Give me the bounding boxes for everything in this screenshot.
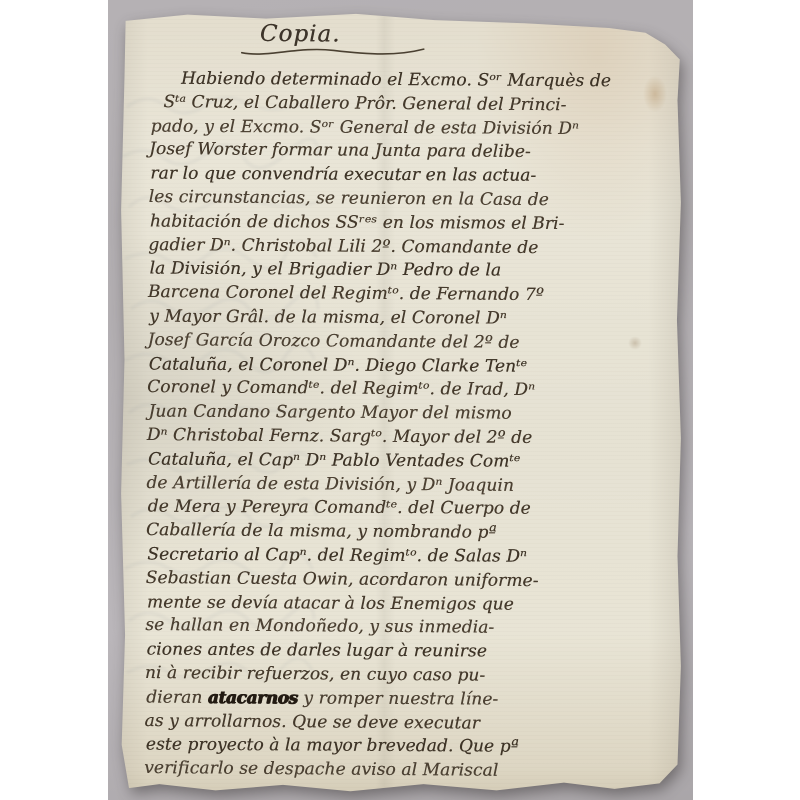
manuscript-line: de Mera y Pereyra Comandᵗᵉ. del Cuerpo d… bbox=[148, 496, 664, 523]
page: Copia. Habiendo determinado el Excmo. Sᵒ… bbox=[0, 0, 800, 800]
manuscript-line: Josef García Orozco Comandante del 2º de bbox=[147, 329, 663, 357]
manuscript-line: Habiendo determinado el Excmo. Sᵒʳ Marqu… bbox=[181, 68, 667, 95]
manuscript-line: mente se devía atacar à los Enemigos que bbox=[147, 591, 663, 618]
manuscript-line: Cataluña, el Capⁿ Dⁿ Pablo Ventades Comᵗ… bbox=[148, 448, 664, 475]
manuscript-line: y Mayor Grâl. de la misma, el Coronel Dⁿ bbox=[149, 306, 665, 333]
manuscript-line: rar lo que convendría executar en las ac… bbox=[150, 163, 666, 190]
manuscript-line: la División, y el Brigadier Dⁿ Pedro de … bbox=[149, 258, 665, 285]
manuscript-line: Barcena Coronel del Regimᵗᵒ. de Fernando… bbox=[148, 281, 664, 309]
overwritten-word: atacarnos bbox=[208, 688, 298, 709]
manuscript-line: habitación de dichos SSʳᵉˢ en los mismos… bbox=[150, 210, 666, 237]
manuscript-lines: Habiendo determinado el Excmo. Sᵒʳ Marqu… bbox=[144, 67, 666, 785]
paper-shadow: Copia. Habiendo determinado el Excmo. Sᵒ… bbox=[120, 6, 682, 792]
manuscript-line: Dⁿ Christobal Fernz. Sargᵗᵒ. Mayor del 2… bbox=[147, 424, 663, 452]
manuscript-line: Cataluña, el Coronel Dⁿ. Diego Clarke Te… bbox=[149, 353, 665, 380]
manuscript-line: dieran atacarnos y romper nuestra líne- bbox=[146, 686, 662, 713]
manuscript-line: Sebastian Cuesta Owin, acordaron uniform… bbox=[146, 567, 662, 595]
manuscript-line: ni à recibir refuerzos, en cuyo caso pu- bbox=[145, 662, 661, 690]
manuscript-line: ciones antes de darles lugar à reunirse bbox=[146, 639, 662, 666]
manuscript-text: Copia. Habiendo determinado el Excmo. Sᵒ… bbox=[144, 20, 666, 785]
manuscript-line: les circunstancias, se reunieron en la C… bbox=[149, 186, 665, 214]
manuscript-line: Caballería de la misma, y nombrando pª bbox=[146, 519, 662, 547]
manuscript-line: Sᵗᵃ Cruz, el Caballero Prôr. General del… bbox=[163, 91, 665, 119]
manuscript-line: pado, y el Excmo. Sᵒʳ General de esta Di… bbox=[151, 115, 667, 142]
manuscript-paper: Copia. Habiendo determinado el Excmo. Sᵒ… bbox=[120, 6, 682, 792]
manuscript-line: este proyecto à la mayor brevedad. Que p… bbox=[146, 734, 662, 761]
manuscript-line: se hallan en Mondoñedo, y sus inmedia- bbox=[145, 614, 661, 642]
manuscript-photo: Copia. Habiendo determinado el Excmo. Sᵒ… bbox=[108, 0, 693, 800]
manuscript-line: Juan Candano Sargento Mayor del mismo bbox=[148, 401, 664, 428]
manuscript-line: verificarlo se despache aviso al Marisca… bbox=[144, 757, 660, 785]
manuscript-line: Secretario al Capⁿ. del Regimᵗᵒ. de Sala… bbox=[147, 543, 663, 570]
